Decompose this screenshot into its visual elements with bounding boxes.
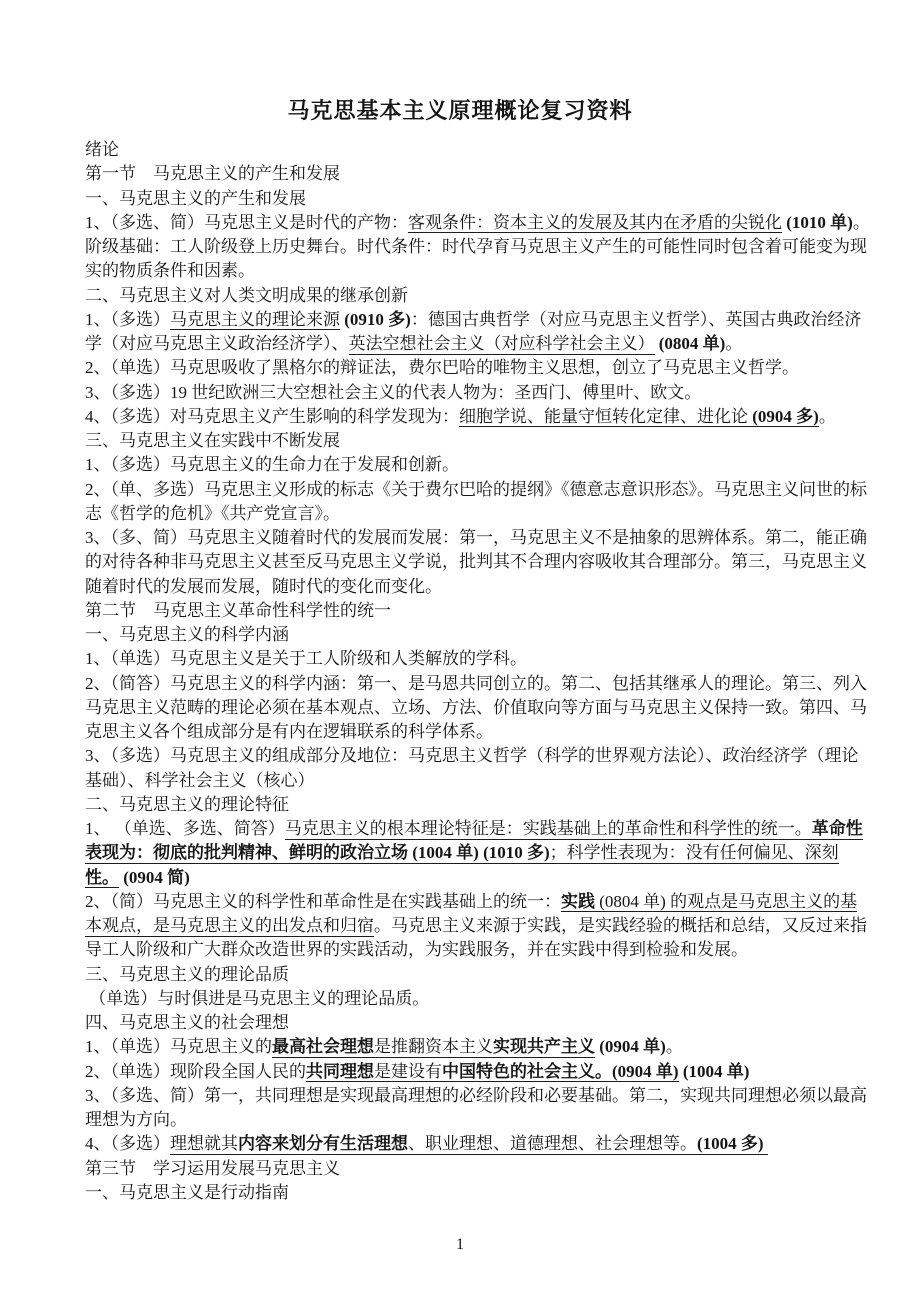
text-segment: 基础）、科学社会主义（核心） — [85, 771, 315, 790]
text-line: 4、（多选）理想就其内容来划分有生活理想、职业理想、道德理想、社会理想等。(10… — [85, 1132, 860, 1156]
text-segment: 绪论 — [85, 140, 119, 159]
text-segment: 第一节 马克思主义的产生和发展 — [85, 164, 340, 183]
text-segment: ；科学性表现为：没有任何偏见、深刻 — [550, 843, 839, 864]
text-segment: (0904 多) — [752, 407, 819, 428]
text-line: 1、（多选）马克思主义的生命力在于发展和创新。 — [85, 453, 860, 477]
text-segment: 英法空想社会主义（对应科学社会主义） — [349, 334, 655, 355]
text-segment: 1、（多选） — [85, 310, 170, 329]
text-segment: 是建设有 — [374, 1062, 442, 1083]
text-line: 的对待各种非马克思主义甚至反马克思主义学说，批判其不合理内容吸收其合理部分。第三… — [85, 550, 860, 574]
text-line: 二、马克思主义的理论特征 — [85, 793, 860, 817]
text-segment: (1004 单) — [683, 1062, 750, 1081]
text-line: 理想为方向。 — [85, 1108, 860, 1132]
text-line: 导工人阶级和广大群众改造世界的实践活动，为实践服务，并在实践中得到检验和发展。 — [85, 938, 860, 962]
text-segment: 本观点，是马克思主义的出发点和归宿 — [85, 916, 374, 937]
text-segment: 四、马克思主义的社会理想 — [85, 1013, 289, 1032]
text-segment: 马克思主义的理论来源 — [170, 310, 340, 331]
text-segment: (1010 单) — [786, 213, 853, 232]
text-segment: 。 — [666, 1037, 683, 1056]
text-line: 学（对应马克思主义政治经济学）、英法空想社会主义（对应科学社会主义） (0804… — [85, 332, 860, 356]
text-segment: 中国特色的社会主义。(0904 单) — [442, 1062, 679, 1083]
text-line: 1、（单选）马克思主义是关于工人阶级和人类解放的学科。 — [85, 647, 860, 671]
text-segment: 是推翻资本主义 — [374, 1037, 493, 1058]
text-segment: 三、马克思主义在实践中不断发展 — [85, 431, 340, 450]
text-segment: 3、（多选）马克思主义的组成部分及地位：马克思主义哲学（科学的世界观方法论）、政… — [85, 746, 859, 765]
text-line: 2、（单选）现阶段全国人民的共同理想是建设有中国特色的社会主义。(0904 单)… — [85, 1060, 860, 1084]
text-segment: 二、马克思主义的理论特征 — [85, 795, 289, 814]
text-line: 本观点，是马克思主义的出发点和归宿。马克思主义来源于实践，是实践经验的概括和总结… — [85, 914, 860, 938]
text-line: 克思主义各个组成部分是有内在逻辑联系的科学体系。 — [85, 720, 860, 744]
text-segment: 3、（多选、简）第一，共同理想是实现最高理想的必经阶段和必要基础。第二，实现共同… — [85, 1086, 867, 1105]
text-line: 3、（多选、简）第一，共同理想是实现最高理想的必经阶段和必要基础。第二，实现共同… — [85, 1084, 860, 1108]
text-segment: 随着时代的发展而发展，随时代的变化而变化。 — [85, 577, 442, 596]
text-line: 绪论 — [85, 138, 860, 162]
text-segment: 三、马克思主义的理论品质 — [85, 965, 289, 984]
text-line: 表现为：彻底的批判精神、鲜明的政治立场 (1004 单) (1010 多)；科学… — [85, 841, 860, 865]
text-segment: 。 — [725, 334, 742, 353]
text-segment: (0804 单) 的观点是马克思主义的基 — [595, 892, 857, 913]
text-segment: 革命性 — [812, 819, 863, 840]
document-title: 马克思基本主义原理概论复习资料 — [0, 94, 920, 125]
text-line: 1、（单选）马克思主义的最高社会理想是推翻资本主义实现共产主义 (0904 单)… — [85, 1035, 860, 1059]
text-segment: 2、（单选）现阶段全国人民的 — [85, 1062, 306, 1081]
text-segment: 2、（单、多选）马克思主义形成的标志《关于费尔巴哈的提纲》《德意志意识形态》。马… — [85, 480, 867, 499]
text-segment: ：德国古典哲学（对应马克思主义哲学）、英国古典政治经济 — [411, 310, 862, 329]
text-segment: 2、（简）马克思主义的科学性和革命性是在实践基础上的统一： — [85, 892, 561, 911]
text-line: 1、（多选）马克思主义的理论来源 (0910 多)：德国古典哲学（对应马克思主义… — [85, 308, 860, 332]
text-line: 一、马克思主义的科学内涵 — [85, 623, 860, 647]
text-line: 3、（多选）19 世纪欧洲三大空想社会主义的代表人物为：圣西门、傅里叶、欧文。 — [85, 381, 860, 405]
text-segment: 。 — [819, 407, 836, 426]
text-segment: 导工人阶级和广大群众改造世界的实践活动，为实践服务，并在实践中得到检验和发展。 — [85, 940, 748, 959]
text-segment: （单选）与时俱进是马克思主义的理论品质。 — [85, 989, 429, 1008]
text-line: 志《哲学的危机》《共产党宣言》。 — [85, 502, 860, 526]
text-segment: (1004 多) — [697, 1134, 768, 1155]
text-segment: 第三节 学习运用发展马克思主义 — [85, 1159, 340, 1178]
text-segment: 2、（简答）马克思主义的科学内涵：第一、是马恩共同创立的。第二、包括其继承人的理… — [85, 674, 867, 693]
page-number: 1 — [0, 1236, 920, 1254]
text-line: 2、（简）马克思主义的科学性和革命性是在实践基础上的统一：实践 (0804 单)… — [85, 890, 860, 914]
text-segment: 马克思主义范畴的理论必须在基本观点、立场、方法、价值取向等方面与马克思主义保持一… — [85, 698, 867, 717]
text-line: 2、（简答）马克思主义的科学内涵：第一、是马恩共同创立的。第二、包括其继承人的理… — [85, 672, 860, 696]
text-line: 四、马克思主义的社会理想 — [85, 1011, 860, 1035]
text-line: 1、 （单选、多选、简答）马克思主义的根本理论特征是：实践基础上的革命性和科学性… — [85, 817, 860, 841]
text-segment: 内容来划分有生活理想 — [238, 1134, 408, 1155]
text-segment: 性。 — [85, 868, 119, 889]
text-segment: 、职业理想、道德理想、社会理想等。 — [408, 1134, 697, 1155]
text-segment: (0804 单) — [659, 334, 726, 353]
text-segment: 3、（多、简）马克思主义随着时代的发展而发展：第一，马克思主义不是抽象的思辨体系… — [85, 528, 867, 547]
text-line: 三、马克思主义在实践中不断发展 — [85, 429, 860, 453]
text-segment: 1、（单选）马克思主义是关于工人阶级和人类解放的学科。 — [85, 649, 527, 668]
text-segment: 4、（多选）对马克思主义产生影响的科学发现为： — [85, 407, 459, 426]
text-segment: 二、马克思主义对人类文明成果的继承创新 — [85, 286, 408, 305]
text-line: 阶级基础：工人阶级登上历史舞台。时代条件：时代孕育马克思主义产生的可能性同时包含… — [85, 235, 860, 259]
text-segment: 理想就其 — [170, 1134, 238, 1155]
text-segment: 。 — [853, 213, 870, 232]
document-body: 绪论第一节 马克思主义的产生和发展一、马克思主义的产生和发展1、（多选、简）马克… — [85, 138, 860, 1205]
text-segment: 实现共产主义 — [493, 1037, 595, 1058]
text-line: 3、（多选）马克思主义的组成部分及地位：马克思主义哲学（科学的世界观方法论）、政… — [85, 744, 860, 768]
text-line: （单选）与时俱进是马克思主义的理论品质。 — [85, 987, 860, 1011]
text-segment: 表现为：彻底的批判精神、鲜明的政治立场 (1004 单) (1010 多) — [85, 843, 550, 864]
text-line: 随着时代的发展而发展，随时代的变化而变化。 — [85, 575, 860, 599]
text-segment: 1、（多选）马克思主义的生命力在于发展和创新。 — [85, 455, 459, 474]
text-segment: 马克思主义的根本理论特征是：实践基础上的革命性和科学性的统一。 — [285, 819, 812, 840]
text-segment: (0904 单) — [599, 1037, 666, 1056]
text-segment: 3、（多选）19 世纪欧洲三大空想社会主义的代表人物为：圣西门、傅里叶、欧文。 — [85, 383, 701, 402]
text-segment: 细胞学说、能量守恒转化定律、进化论 — [459, 407, 752, 428]
text-segment: 。马克思主义来源于实践，是实践经验的概括和总结，又反过来指 — [374, 916, 867, 935]
text-segment: 阶级基础：工人阶级登上历史舞台。时代条件：时代孕育马克思主义产生的可能性同时包含… — [85, 237, 867, 256]
text-line: 第一节 马克思主义的产生和发展 — [85, 162, 860, 186]
text-line: 2、（单选）马克思吸收了黑格尔的辩证法，费尔巴哈的唯物主义思想，创立了马克思主义… — [85, 356, 860, 380]
text-line: 基础）、科学社会主义（核心） — [85, 769, 860, 793]
text-segment: 学（对应马克思主义政治经济学）、 — [85, 334, 349, 353]
document-page: 马克思基本主义原理概论复习资料 绪论第一节 马克思主义的产生和发展一、马克思主义… — [0, 0, 920, 1302]
text-segment: 共同理想 — [306, 1062, 374, 1083]
text-line: 1、（多选、简）马克思主义是时代的产物：客观条件：资本主义的发展及其内在矛盾的尖… — [85, 211, 860, 235]
text-line: 二、马克思主义对人类文明成果的继承创新 — [85, 284, 860, 308]
text-segment: 1、 （单选、多选、简答） — [85, 819, 285, 838]
text-segment: 1、（单选）马克思主义的 — [85, 1037, 272, 1056]
text-line: 4、（多选）对马克思主义产生影响的科学发现为：细胞学说、能量守恒转化定律、进化论… — [85, 405, 860, 429]
text-line: 第三节 学习运用发展马克思主义 — [85, 1157, 860, 1181]
text-segment: 克思主义各个组成部分是有内在逻辑联系的科学体系。 — [85, 722, 493, 741]
text-segment: 理想为方向。 — [85, 1110, 187, 1129]
text-line: 一、马克思主义的产生和发展 — [85, 187, 860, 211]
text-line: 性。 (0904 简) — [85, 866, 860, 890]
text-segment: 第二节 马克思主义革命性科学性的统一 — [85, 601, 391, 620]
text-segment: 一、马克思主义的科学内涵 — [85, 625, 289, 644]
text-segment: 1、（多选、简）马克思主义是时代的产物： — [85, 213, 408, 232]
text-line: 一、马克思主义是行动指南 — [85, 1181, 860, 1205]
text-segment: 志《哲学的危机》《共产党宣言》。 — [85, 504, 340, 523]
text-line: 3、（多、简）马克思主义随着时代的发展而发展：第一，马克思主义不是抽象的思辨体系… — [85, 526, 860, 550]
text-line: 马克思主义范畴的理论必须在基本观点、立场、方法、价值取向等方面与马克思主义保持一… — [85, 696, 860, 720]
text-line: 第二节 马克思主义革命性科学性的统一 — [85, 599, 860, 623]
text-line: 实的物质条件和因素。 — [85, 259, 860, 283]
text-segment: 2、（单选）马克思吸收了黑格尔的辩证法，费尔巴哈的唯物主义思想，创立了马克思主义… — [85, 358, 799, 377]
text-line: 2、（单、多选）马克思主义形成的标志《关于费尔巴哈的提纲》《德意志意识形态》。马… — [85, 478, 860, 502]
text-line: 三、马克思主义的理论品质 — [85, 963, 860, 987]
text-segment: 一、马克思主义是行动指南 — [85, 1183, 289, 1202]
text-segment: (0904 简) — [123, 868, 190, 887]
text-segment: 4、（多选） — [85, 1134, 170, 1153]
text-segment: 实践 — [561, 892, 595, 913]
text-segment: (0910 多) — [344, 310, 411, 329]
text-segment: 客观条件：资本主义的发展及其内在矛盾的尖锐化 — [408, 213, 782, 234]
text-segment: 一、马克思主义的产生和发展 — [85, 189, 306, 208]
text-segment: 的对待各种非马克思主义甚至反马克思主义学说，批判其不合理内容吸收其合理部分。第三… — [85, 552, 867, 571]
text-segment: 最高社会理想 — [272, 1037, 374, 1058]
text-segment: 实的物质条件和因素。 — [85, 261, 255, 280]
